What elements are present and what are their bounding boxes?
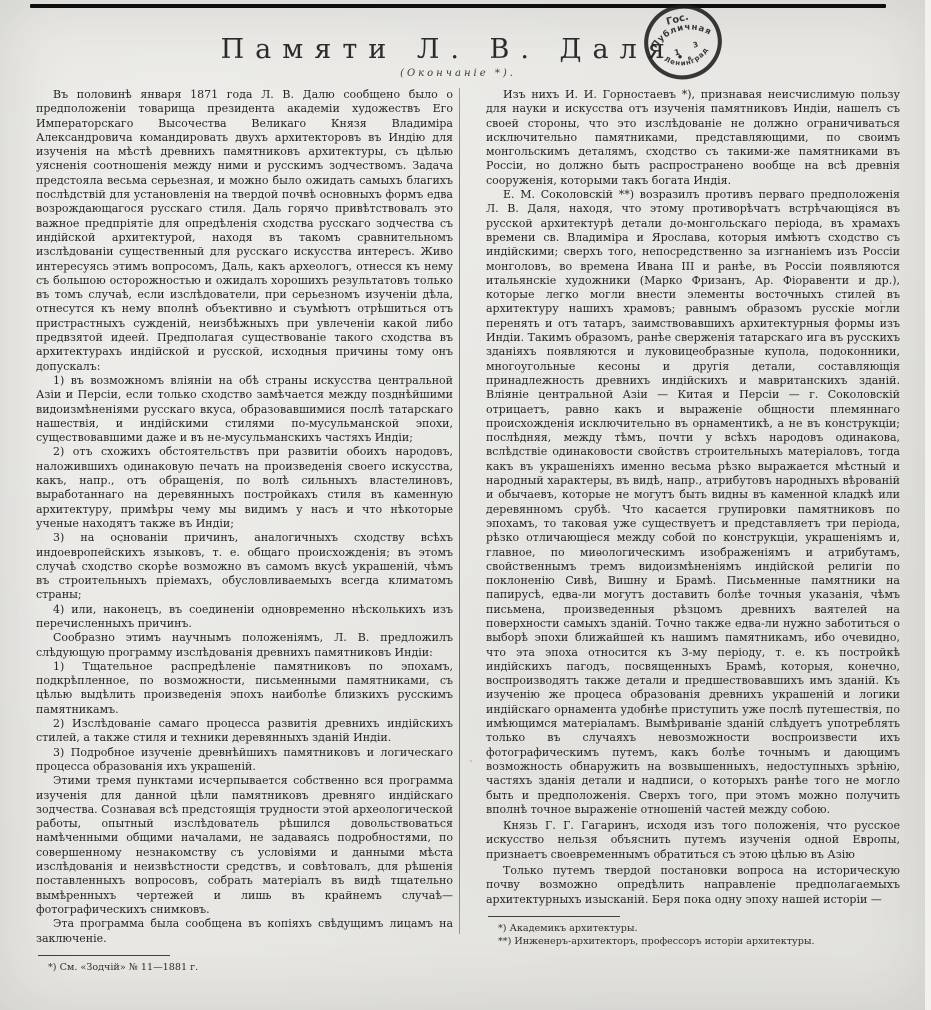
body-paragraph: Въ половинѣ января 1871 года Л. В. Далю …: [36, 88, 453, 374]
body-paragraph: Князь Г. Г. Гагаринъ, исходя изъ того по…: [486, 819, 900, 862]
body-paragraph: Е. М. Соколовскій **) возразилъ противъ …: [486, 188, 900, 817]
stamp-number-left: 1: [673, 47, 681, 58]
body-paragraph: 2) Изслѣдованіе самаго процесса развитія…: [36, 717, 453, 746]
body-paragraph: Только путемъ твердой постановки вопроса…: [486, 864, 900, 907]
journal-page: Памяти Л. В. Даля. (Окончаніе *). Гос. П…: [0, 0, 931, 1010]
paper-speck: [880, 300, 882, 304]
body-paragraph: 2) отъ схожихъ обстоятельствъ при развит…: [36, 445, 453, 531]
page-title: Памяти Л. В. Даля.: [30, 34, 886, 65]
footnote: *) Академикъ архитектуры.: [486, 922, 900, 935]
right-column: Изъ нихъ И. И. Горностаевъ *), признавая…: [486, 88, 900, 974]
body-paragraph: Изъ нихъ И. И. Горностаевъ *), признавая…: [486, 88, 900, 188]
left-column: Въ половинѣ января 1871 года Л. В. Далю …: [36, 88, 453, 974]
footnote-separator: [38, 955, 170, 956]
body-paragraph: 1) въ возможномъ вліяніи на обѣ страны и…: [36, 374, 453, 445]
library-stamp: Гос. Публичная 1 3 в Ленинград: [625, 0, 742, 94]
article-header: Памяти Л. В. Даля. (Окончаніе *).: [30, 34, 886, 79]
body-paragraph: 3) на основаніи причинъ, аналогичныхъ сх…: [36, 531, 453, 602]
body-paragraph: Сообразно этимъ научнымъ положеніямъ, Л.…: [36, 631, 453, 660]
scan-edge-strip: [925, 0, 931, 1010]
footnote: *) См. «Зодчій» № 11—1881 г.: [36, 961, 453, 974]
paper-speck: [120, 540, 123, 543]
paper-speck: [470, 760, 472, 762]
body-paragraph: Эта программа была сообщена въ копіяхъ с…: [36, 917, 453, 946]
two-column-text-block: Въ половинѣ января 1871 года Л. В. Далю …: [36, 88, 900, 974]
body-paragraph: 4) или, наконецъ, въ соединеніи одноврем…: [36, 603, 453, 632]
top-rule: [30, 4, 886, 8]
stamp-number-right: 3: [692, 40, 699, 50]
body-paragraph: 3) Подробное изученіе древнѣйшихъ памятн…: [36, 746, 453, 775]
body-paragraph: Этими тремя пунктами исчерпывается собст…: [36, 774, 453, 917]
page-subtitle: (Окончаніе *).: [30, 68, 886, 79]
body-paragraph: 1) Тщательное распредѣленіе памятниковъ …: [36, 660, 453, 717]
footnote-separator: [488, 916, 620, 917]
footnote: **) Инженеръ-архитекторъ, профессоръ ист…: [486, 935, 900, 948]
column-divider-rule: [459, 88, 460, 934]
